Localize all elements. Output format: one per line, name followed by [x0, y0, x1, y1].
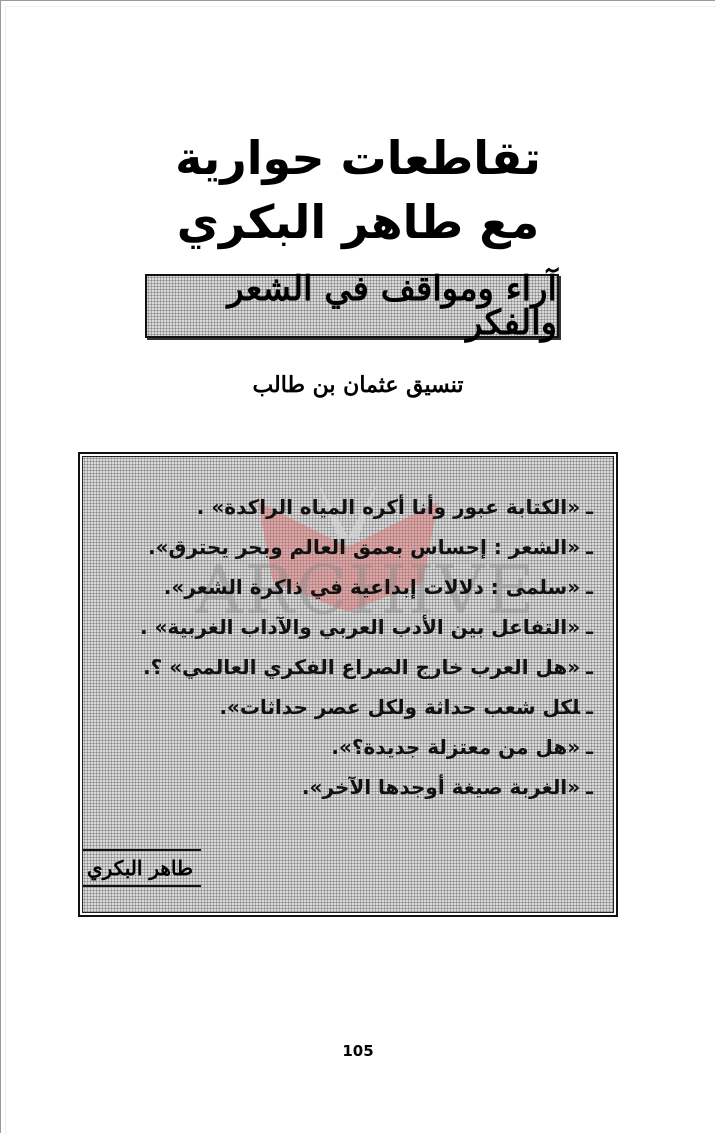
quotes-box: ARCHIVE ـ«الكتابة عبور وأنا أكره المياه … [78, 452, 618, 917]
quote-item: ـ«هل من معتزلة جديدة؟». [103, 727, 593, 767]
quote-list: ـ«الكتابة عبور وأنا أكره المياه الراكدة»… [103, 487, 593, 807]
quote-item: ـ«هل العرب خارج الصراع الفكري العالمي» ؟… [103, 647, 593, 687]
quote-item: ـ«الكتابة عبور وأنا أكره المياه الراكدة»… [103, 487, 593, 527]
subtitle-box: آراء ومواقف في الشعر والفكر [145, 274, 559, 338]
quote-item: ـ«الشعر : إحساس بعمق العالم وبحر يحترق». [103, 527, 593, 567]
quote-item: ـ«التفاعل بين الأدب العربي والآداب الغرب… [103, 607, 593, 647]
quote-item: ـ«الغربة صيغة أوجدها الآخر». [103, 767, 593, 807]
quote-item: ـ«سلمى : دلالات إبداعية في ذاكرة الشعر». [103, 567, 593, 607]
subtitle: آراء ومواقف في الشعر والفكر [147, 272, 557, 340]
quote-item: ـلكل شعب حداثة ولكل عصر حداثات». [103, 687, 593, 727]
author-name: طاهر البكري [83, 856, 201, 880]
author-tag: طاهر البكري [83, 849, 201, 887]
quotes-box-inner: ARCHIVE ـ«الكتابة عبور وأنا أكره المياه … [82, 456, 614, 913]
title-line-1: تقاطعات حوارية [0, 128, 716, 188]
byline: تنسيق عثمان بن طالب [0, 372, 716, 398]
page-number: 105 [0, 1042, 716, 1060]
title-line-2: مع طاهر البكري [0, 192, 716, 252]
